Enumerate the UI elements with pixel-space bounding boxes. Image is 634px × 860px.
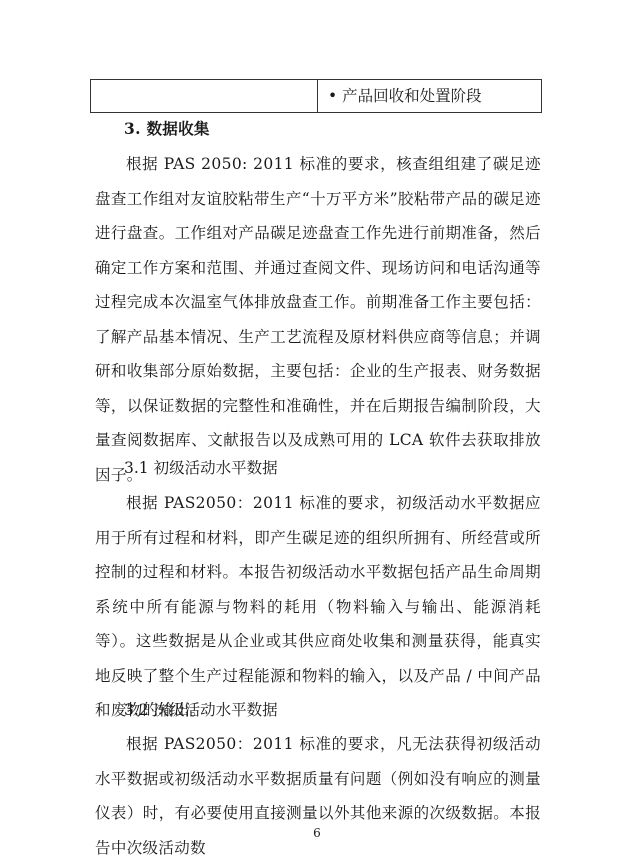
paragraph-primary-activity-data: 根据 PAS2050：2011 标准的要求，初级活动水平数据应用于所有过程和材料… xyxy=(95,486,541,728)
paragraph-secondary-activity-data: 根据 PAS2050：2011 标准的要求，凡无法获得初级活动水平数据或初级活动… xyxy=(95,727,541,860)
lifecycle-stage-table: • 产品回收和处置阶段 xyxy=(90,79,542,113)
paragraph-data-collection: 根据 PAS 2050: 2011 标准的要求，核查组组建了碳足迹盘查工作组对友… xyxy=(95,147,541,492)
section-heading-data-collection: 3. 数据收集 xyxy=(124,117,210,139)
table-cell-recycling-stage: • 产品回收和处置阶段 xyxy=(318,80,541,112)
table-cell-empty xyxy=(91,80,318,112)
section-heading-secondary-activity-data: 3.2 次级活动水平数据 xyxy=(124,698,278,720)
page-number: 6 xyxy=(0,826,634,840)
section-heading-primary-activity-data: 3.1 初级活动水平数据 xyxy=(124,456,278,478)
